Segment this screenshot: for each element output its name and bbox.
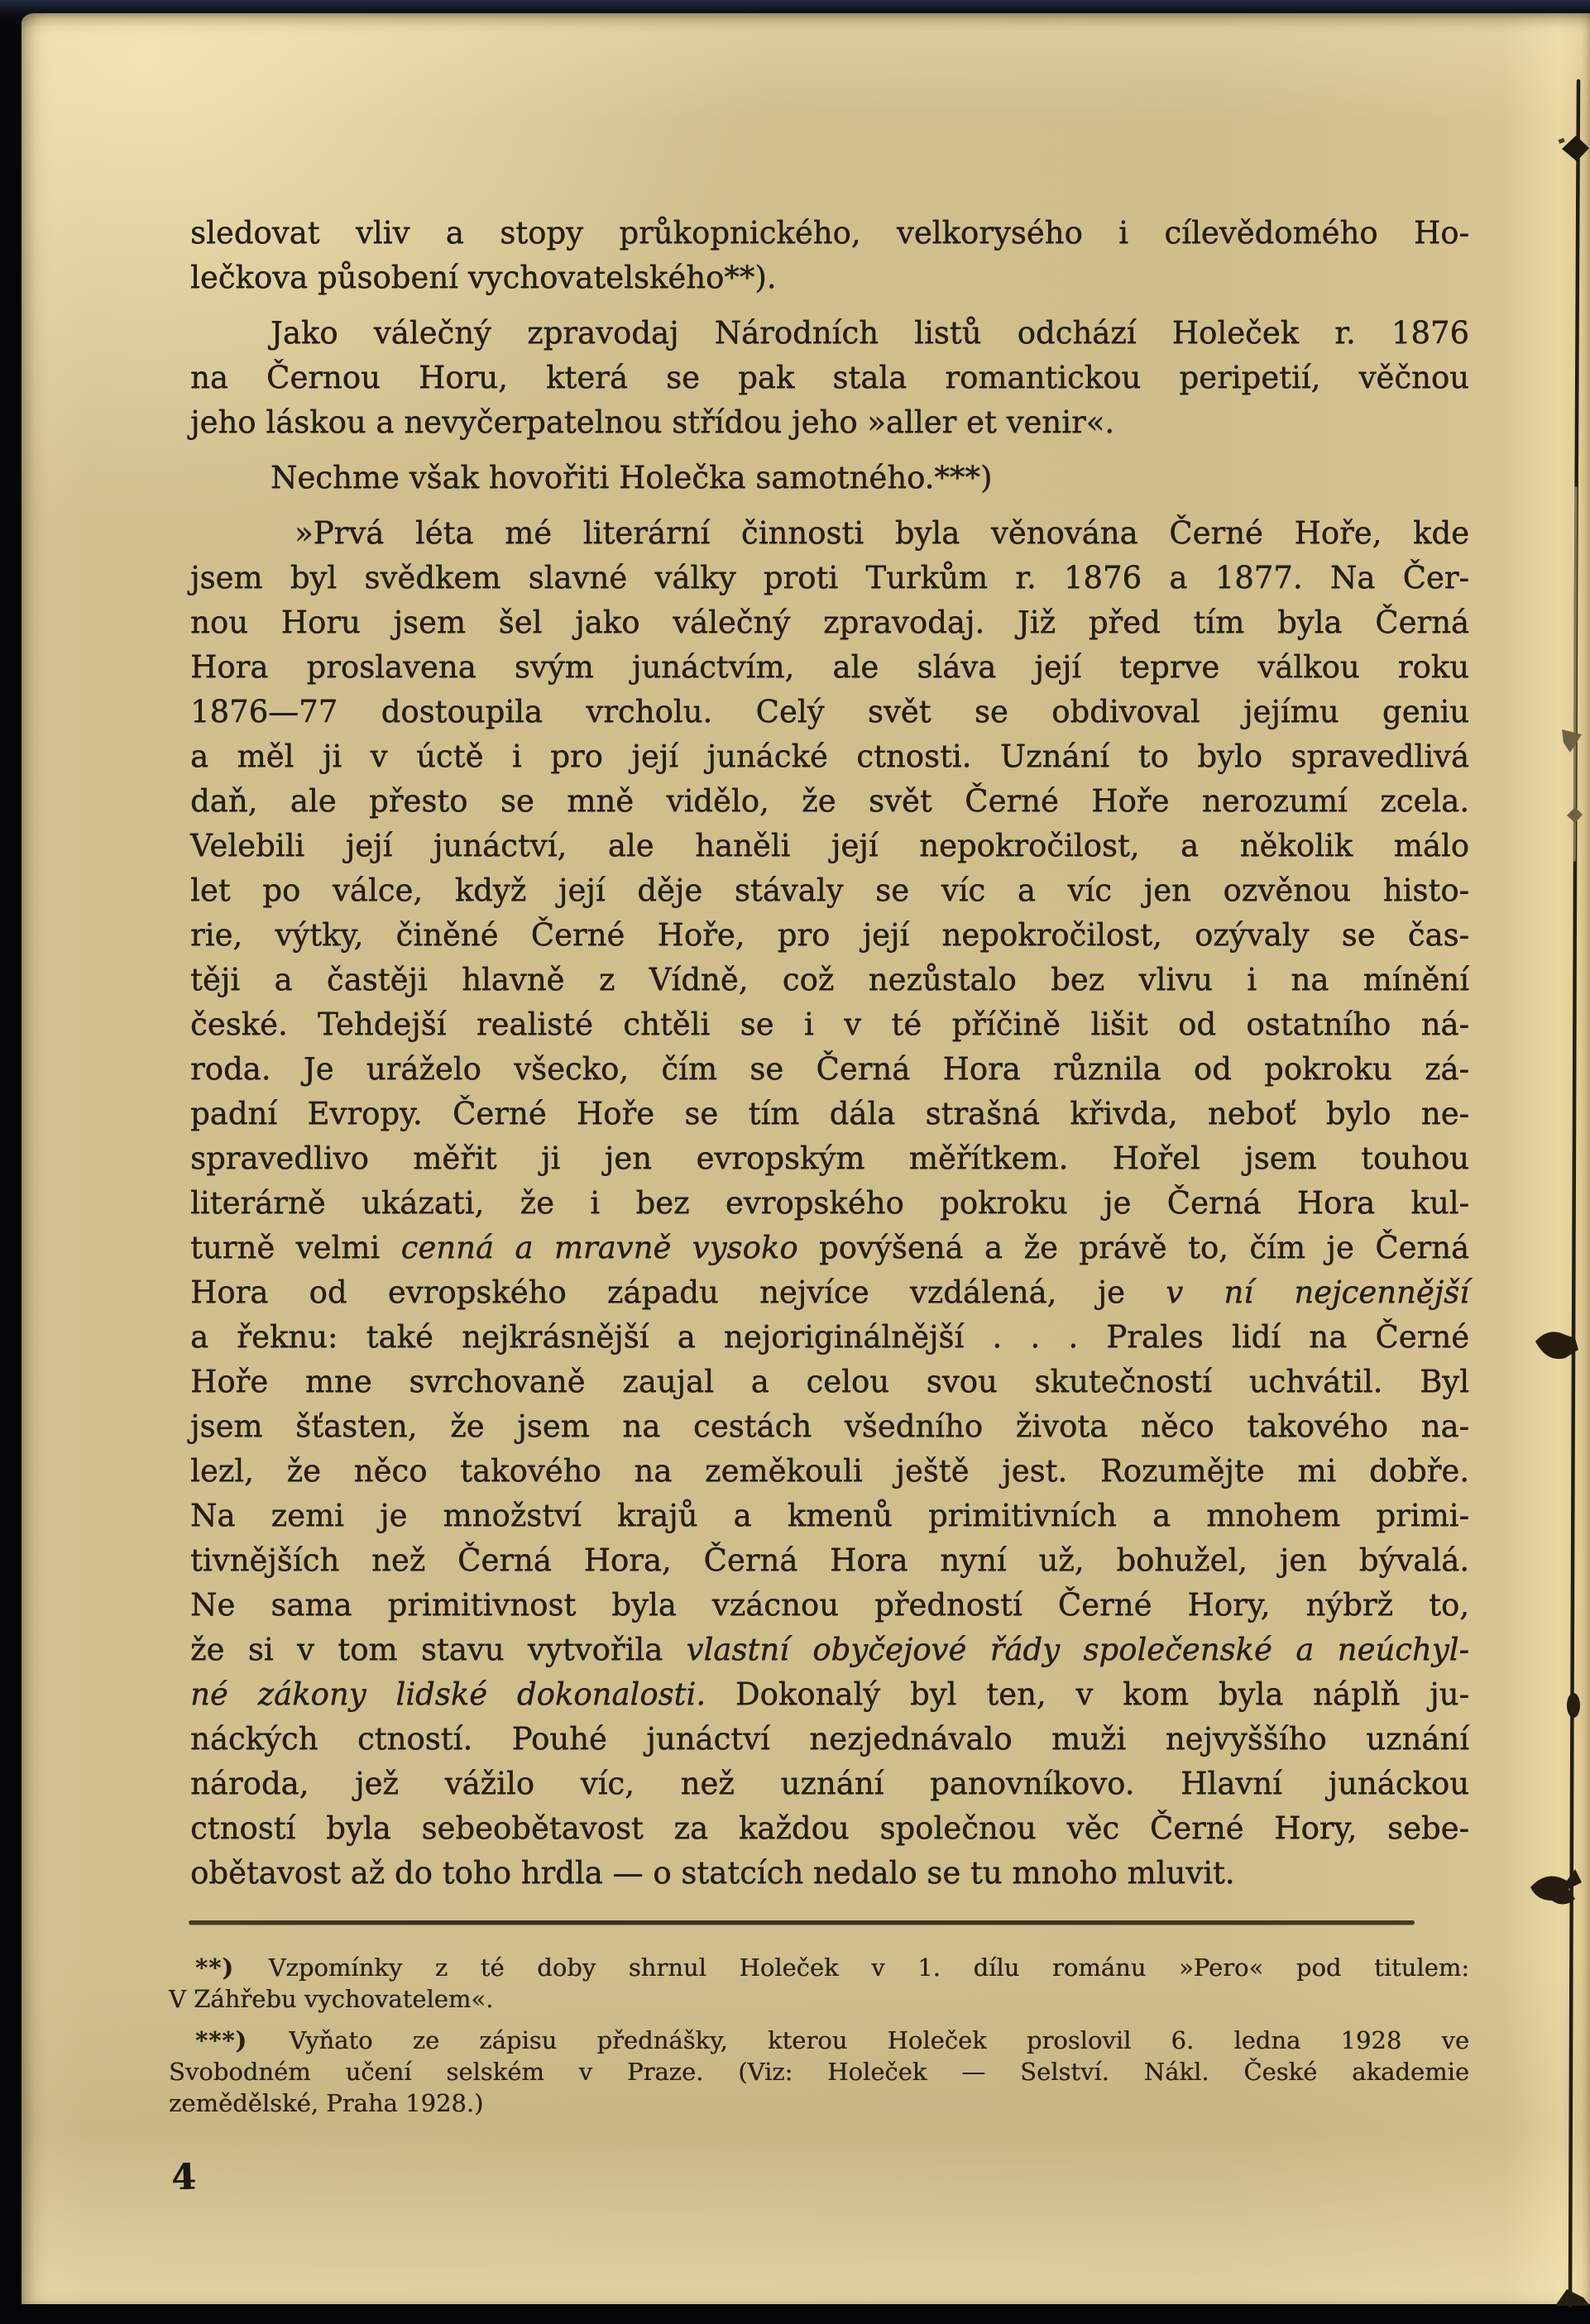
body-text-line: nou Horu jsem šel jako válečný zpravodaj… bbox=[190, 600, 1469, 645]
footnote-line: zemědělské, Praha 1928.) bbox=[169, 2087, 1469, 2119]
footnote-line: V Záhřebu vychovatelem«. bbox=[169, 1983, 1469, 2015]
body-text-line: a měl ji v úctě i pro její junácké ctnos… bbox=[190, 734, 1469, 779]
footnote-separator bbox=[189, 1920, 1415, 1925]
body-text-line: Hora od evropského západu nejvíce vzdále… bbox=[190, 1270, 1469, 1315]
footnote-line: **) Vzpomínky z té doby shrnul Holeček v… bbox=[169, 1952, 1469, 1983]
body-text-line: sledovat vliv a stopy průkopnického, vel… bbox=[190, 211, 1469, 256]
body-text-line: spravedlivo měřit ji jen evropským měřít… bbox=[190, 1136, 1469, 1181]
body-text-line: národa, jež vážilo víc, než uznání panov… bbox=[190, 1762, 1469, 1806]
body-text-line: Hora proslavena svým junáctvím, ale sláv… bbox=[190, 645, 1469, 690]
body-text-line: Hoře mne svrchovaně zaujal a celou svou … bbox=[190, 1360, 1469, 1404]
body-text-line: náckých ctností. Pouhé junáctví nezjedná… bbox=[190, 1717, 1469, 1762]
body-text-line: české. Tehdejší realisté chtěli se i v t… bbox=[190, 1002, 1469, 1047]
body-text-line: tivnějších než Černá Hora, Černá Hora ny… bbox=[190, 1538, 1469, 1583]
body-text-line: jsem šťasten, že jsem na cestách všedníh… bbox=[190, 1404, 1469, 1449]
footnotes: **) Vzpomínky z té doby shrnul Holeček v… bbox=[169, 1952, 1469, 2119]
body-text-line: lečkova působení vychovatelského**). bbox=[190, 256, 1469, 300]
body-text: sledovat vliv a stopy průkopnického, vel… bbox=[190, 211, 1469, 1896]
body-text-line: rie, výtky, činěné Černé Hoře, pro její … bbox=[190, 913, 1469, 958]
body-text-line: Ne sama primitivnost byla vzácnou předno… bbox=[190, 1583, 1469, 1628]
page-number: 4 bbox=[170, 2159, 196, 2196]
book-page: sledovat vliv a stopy průkopnického, vel… bbox=[22, 13, 1590, 2304]
scan-background: sledovat vliv a stopy průkopnického, vel… bbox=[0, 0, 1590, 2324]
body-text-line: jsem byl svědkem slavné války proti Turk… bbox=[190, 556, 1469, 600]
body-text-line: né zákony lidské dokonalosti. Dokonalý b… bbox=[190, 1672, 1469, 1717]
body-text-line: těji a častěji hlavně z Vídně, což nezůs… bbox=[190, 958, 1469, 1002]
body-text-line: že si v tom stavu vytvořila vlastní obyč… bbox=[190, 1628, 1469, 1672]
body-text-line: turně velmi cenná a mravně vysoko povýše… bbox=[190, 1226, 1469, 1270]
body-text-line: padní Evropy. Černé Hoře se tím dála str… bbox=[190, 1092, 1469, 1136]
body-text-line: daň, ale přesto se mně vidělo, že svět Č… bbox=[190, 779, 1469, 824]
body-text-line: na Černou Horu, která se pak stala roman… bbox=[190, 356, 1469, 400]
body-text-line: literárně ukázati, že i bez evropského p… bbox=[190, 1181, 1469, 1226]
body-text-line: Velebili její junáctví, ale haněli její … bbox=[190, 824, 1469, 868]
body-text-line: Na zemi je množství krajů a kmenů primit… bbox=[190, 1494, 1469, 1538]
body-text-line: lezl, že něco takového na zeměkouli ješt… bbox=[190, 1449, 1469, 1494]
body-text-line: let po válce, když její děje stávaly se … bbox=[190, 868, 1469, 913]
body-text-line: a řeknu: také nejkrásnější a nejoriginál… bbox=[190, 1315, 1469, 1360]
body-text-line: »Prvá léta mé literární činnosti byla vě… bbox=[190, 511, 1469, 556]
body-text-line: jeho láskou a nevyčerpatelnou střídou je… bbox=[190, 400, 1469, 445]
body-text-line: Jako válečný zpravodaj Národních listů o… bbox=[190, 311, 1469, 356]
body-text-line: obětavost až do toho hrdla — o statcích … bbox=[190, 1851, 1469, 1896]
footnote-line: ***) Vyňato ze zápisu přednášky, kterou … bbox=[169, 2025, 1469, 2056]
body-text-line: ctností byla sebeobětavost za každou spo… bbox=[190, 1806, 1469, 1851]
body-text-line: Nechme však hovořiti Holečka samotného.*… bbox=[190, 456, 1469, 500]
body-text-line: 1876—77 dostoupila vrcholu. Celý svět se… bbox=[190, 690, 1469, 734]
footnote-line: Svobodném učení selském v Praze. (Viz: H… bbox=[169, 2056, 1469, 2087]
body-text-line: roda. Je uráželo všecko, čím se Černá Ho… bbox=[190, 1047, 1469, 1092]
